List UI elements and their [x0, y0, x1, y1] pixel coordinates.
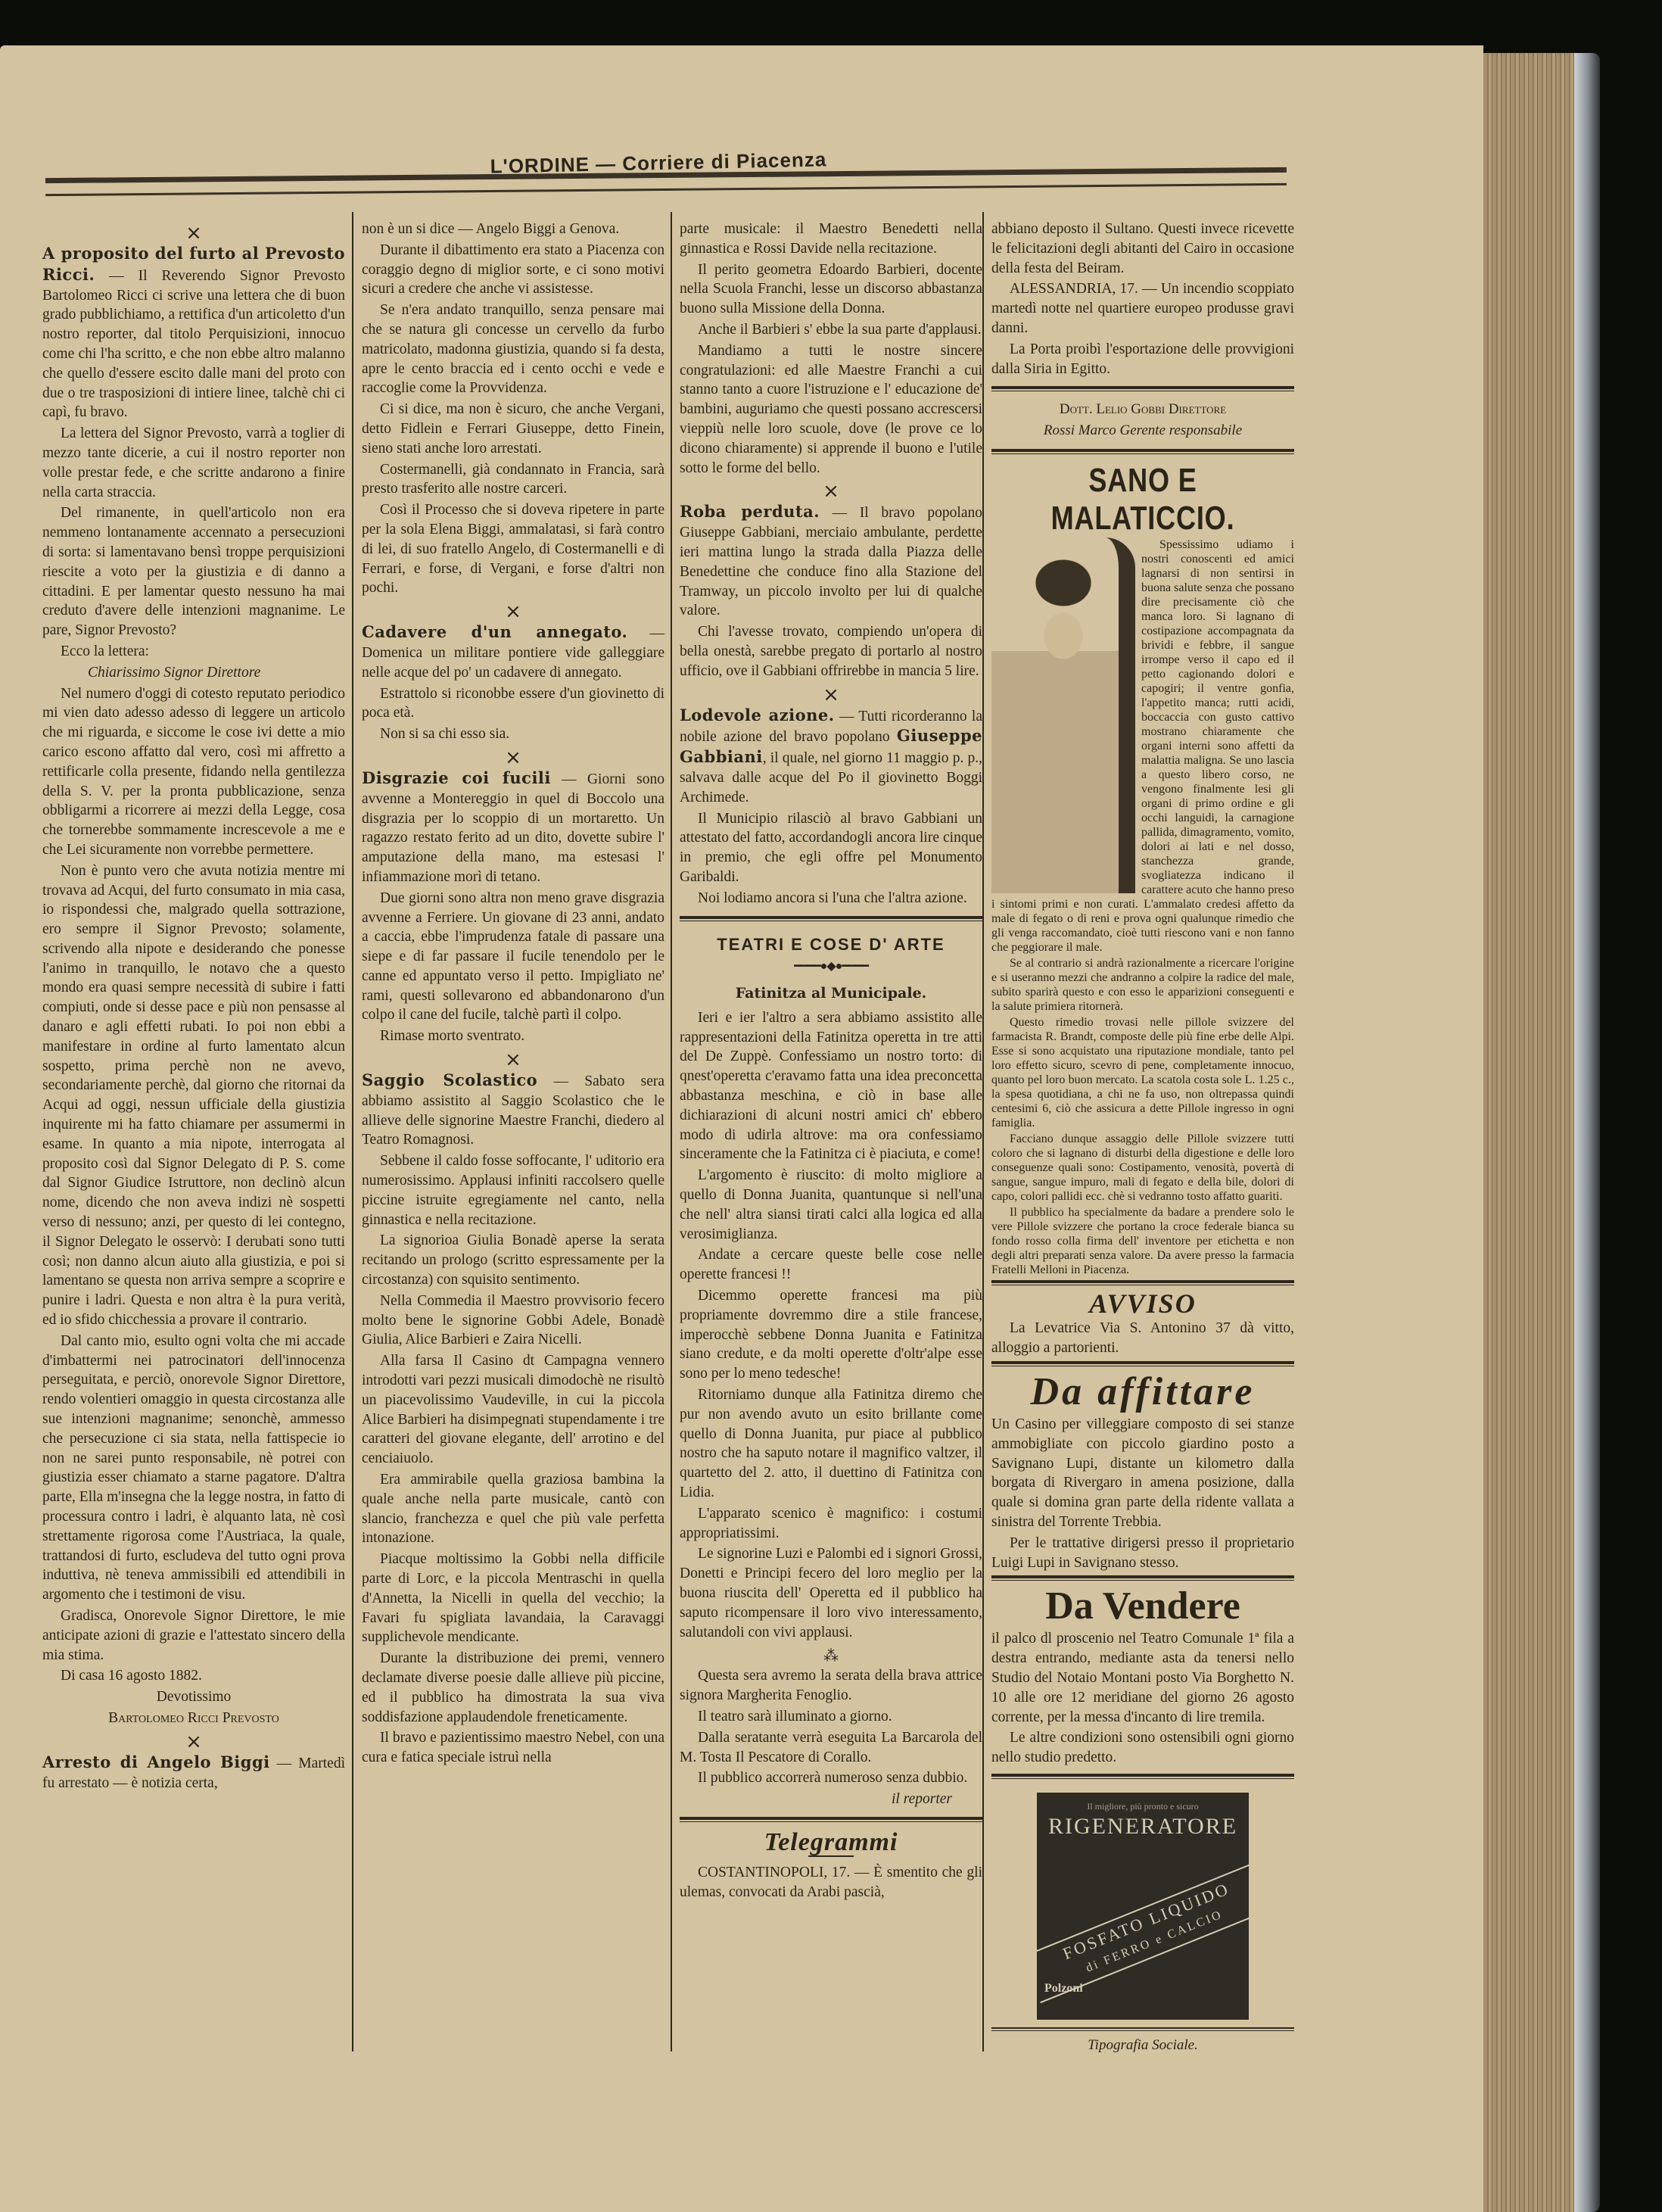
section-rule — [991, 2027, 1294, 2031]
paragraph: Questa sera avremo la serata della brava… — [680, 1666, 982, 1706]
book-cover-edge — [1574, 53, 1600, 2212]
article-biggi: Arresto di Angelo Biggi — Martedì fu arr… — [42, 1752, 345, 1793]
paragraph: Un Casino per villeggiare composto di se… — [991, 1415, 1294, 1532]
column-divider — [352, 212, 353, 2052]
credit-director: Dott. Lelio Gobbi Direttore — [991, 399, 1294, 420]
headline: Lodevole azione. — [680, 706, 835, 724]
paragraph: Dicemmo operette francesi ma più propria… — [680, 1286, 982, 1384]
column-2: non è un si dice — Angelo Biggi a Genova… — [362, 220, 664, 1769]
headline: Saggio Scolastico — [362, 1070, 537, 1089]
paragraph: L'argomento è riuscito: di molto miglior… — [680, 1166, 982, 1244]
paragraph: Le altre condizioni sono ostensibili ogn… — [991, 1728, 1294, 1768]
ad-title-sano: SANO E MALATICCIO. — [1019, 462, 1267, 537]
ad-title-affittare: Da affittare — [991, 1369, 1294, 1415]
letter-salutation: Chiarissimo Signor Direttore — [42, 663, 345, 683]
headline: Disgrazie coi fucili — [362, 768, 551, 787]
woman-child-illustration-icon — [991, 537, 1135, 893]
ornament-divider: ━━━━●◆●━━━━ — [680, 957, 982, 977]
article-fucili: Disgrazie coi fucili — Giorni sono avven… — [362, 768, 664, 887]
paragraph: Andate a cercare queste belle cose nelle… — [680, 1245, 982, 1285]
paragraph: Facciano dunque assaggio delle Pillole s… — [991, 1132, 1294, 1204]
section-rule — [991, 449, 1294, 454]
section-rule — [991, 1361, 1294, 1366]
paragraph: Era ammirabile quella graziosa bambina l… — [362, 1470, 664, 1548]
paragraph: Nel numero d'oggi di cotesto reputato pe… — [42, 684, 345, 860]
paragraph: Mandiamo a tutti le nostre sincere congr… — [680, 341, 982, 478]
paragraph: Noi lodiamo ancora si l'una che l'altra … — [680, 889, 982, 908]
article-roba-perduta: Roba perduta. — Il bravo popolano Giusep… — [680, 502, 982, 621]
article-separator: × — [362, 601, 664, 622]
paragraph: Ci si dice, ma non è sicuro, che anche V… — [362, 400, 664, 458]
headline: Arresto di Angelo Biggi — [42, 1752, 270, 1771]
paragraph: non è un si dice — Angelo Biggi a Genova… — [362, 220, 664, 239]
ad-title-avviso: AVVISO — [991, 1288, 1294, 1319]
paragraph: Ritorniamo dunque alla Fatinitza diremo … — [680, 1385, 982, 1503]
column-1: × A proposito del furto al Prevosto Ricc… — [42, 220, 345, 1794]
paragraph: La lettera del Signor Prevosto, varrà a … — [42, 424, 345, 502]
paragraph: L'apparato scenico è magnifico: i costum… — [680, 1504, 982, 1544]
article-separator: × — [362, 1049, 664, 1070]
article-annegato: Cadavere d'un annegato. — Domenica un mi… — [362, 622, 664, 682]
column-3: parte musicale: il Maestro Benedetti nel… — [680, 220, 982, 1903]
paragraph: Sebbene il caldo fosse soffocante, l' ud… — [362, 1151, 664, 1229]
ad-rigeneratore-title: RIGENERATORE — [1037, 1817, 1249, 1837]
paragraph: La Porta proibì l'esportazione delle pro… — [991, 340, 1294, 379]
subsection-title: Fatinitza al Municipale. — [680, 984, 982, 1004]
section-rule — [991, 386, 1294, 391]
paragraph: La Levatrice Via S. Antonino 37 dà vitto… — [991, 1319, 1294, 1358]
article-separator: × — [42, 1731, 345, 1752]
paragraph: Piacque moltissimo la Gobbi nella diffic… — [362, 1550, 664, 1647]
ad-sano-malaticcio: Spessissimo udiamo i nostri conoscenti e… — [991, 537, 1294, 1277]
paragraph: Del rimanente, in quell'articolo non era… — [42, 503, 345, 640]
paragraph: Il teatro sarà illuminato a giorno. — [680, 1707, 982, 1727]
section-rule — [680, 1817, 982, 1822]
column-4: abbiano deposto il Sultano. Questi invec… — [991, 220, 1294, 2055]
paragraph: Ieri e ier l'altro a sera abbiamo assist… — [680, 1008, 982, 1164]
paragraph: Non è punto vero che avuta notizia mentr… — [42, 861, 345, 1330]
letter-closing: Devotissimo — [42, 1687, 345, 1707]
paragraph: La signorioa Giulia Bonadè aperse la ser… — [362, 1231, 664, 1289]
paragraph: Il pubblico accorrerà numeroso senza dub… — [680, 1768, 982, 1788]
paragraph: Due giorni sono altra non meno grave dis… — [362, 889, 664, 1026]
paragraph: Alla farsa Il Casino dt Campagna vennero… — [362, 1351, 664, 1469]
byline: il reporter — [680, 1790, 982, 1809]
article-ricci: A proposito del furto al Prevosto Ricci.… — [42, 244, 345, 422]
section-rule — [991, 1280, 1294, 1285]
paragraph: Se n'era andato tranquillo, senza pensar… — [362, 301, 664, 398]
paragraph: Costermanelli, già condannato in Francia… — [362, 460, 664, 500]
column-divider — [671, 212, 672, 2052]
paragraph: Se al contrario si andrà razionalmente a… — [991, 956, 1294, 1014]
paragraph: Il bravo e pazientissimo maestro Nebel, … — [362, 1728, 664, 1768]
paragraph: Questo rimedio trovasi nelle pillole svi… — [991, 1015, 1294, 1130]
section-title-theatre: TEATRI E COSE D' ARTE — [680, 935, 982, 955]
paragraph: Il pubblico ha specialmente da badare a … — [991, 1205, 1294, 1277]
article-separator: × — [42, 223, 345, 244]
ad-title-vendere: Da Vendere — [991, 1584, 1294, 1629]
paragraph: Così il Processo che si doveva ripetere … — [362, 500, 664, 598]
asterism-icon: ⁂ — [680, 1645, 982, 1666]
paragraph: abbiano deposto il Sultano. Questi invec… — [991, 220, 1294, 278]
article-saggio: Saggio Scolastico — Sabato sera abbiamo … — [362, 1070, 664, 1150]
paragraph: Dal canto mio, esulto ogni volta che mi … — [42, 1332, 345, 1605]
paragraph: Il Municipio rilasciò al bravo Gabbiani … — [680, 809, 982, 887]
paragraph: Dalla seratante verrà eseguita La Barcar… — [680, 1728, 982, 1768]
paragraph: COSTANTINOPOLI, 17. — È smentito che gli… — [680, 1863, 982, 1902]
paragraph: Rimase morto sventrato. — [362, 1027, 664, 1046]
paragraph: Chi l'avesse trovato, compiendo un'opera… — [680, 622, 982, 681]
paragraph: Estrattolo si riconobbe essere d'un giov… — [362, 684, 664, 724]
paragraph: Nella Commedia il Maestro provvisorio fe… — [362, 1291, 664, 1350]
letter-signature: Bartolomeo Ricci Prevosto — [42, 1709, 345, 1728]
paragraph: Gradisca, Onorevole Signor Direttore, le… — [42, 1606, 345, 1665]
article-separator: × — [362, 747, 664, 768]
credit-manager: Rossi Marco Gerente responsabile — [991, 420, 1294, 441]
printer-footer: Tipografia Sociale. — [991, 2036, 1294, 2055]
article-separator: × — [680, 481, 982, 502]
article-lodevole: Lodevole azione. — Tutti ricorderanno la… — [680, 706, 982, 808]
book-page-edges — [1483, 53, 1574, 2212]
paragraph: Il perito geometra Edoardo Barbieri, doc… — [680, 260, 982, 319]
paragraph: Anche il Barbieri s' ebbe la sua parte d… — [680, 320, 982, 340]
paragraph: parte musicale: il Maestro Benedetti nel… — [680, 220, 982, 259]
article-separator: × — [680, 684, 982, 706]
section-title-telegrams: Telegrammi — [680, 1833, 982, 1852]
section-rule — [991, 1774, 1294, 1779]
paragraph: Durante la distribuzione dei premi, venn… — [362, 1649, 664, 1727]
paragraph: Le signorine Luzi e Palombi ed i signori… — [680, 1544, 982, 1642]
paragraph: Ecco la lettera: — [42, 642, 345, 662]
paragraph: il palco dl proscenio nel Teatro Comunal… — [991, 1629, 1294, 1727]
headline: Cadavere d'un annegato. — [362, 622, 627, 641]
paragraph: Per le trattative dirigersi presso il pr… — [991, 1534, 1294, 1573]
paragraph: Non si sa chi esso sia. — [362, 724, 664, 744]
letter-date: Di casa 16 agosto 1882. — [42, 1666, 345, 1686]
ad-rigeneratore: Il migliore, più pronto e sicuro RIGENER… — [1037, 1793, 1249, 2020]
paragraph: ALESSANDRIA, 17. — Un incendio scoppiato… — [991, 279, 1294, 338]
section-rule — [991, 1575, 1294, 1581]
section-rule — [680, 916, 982, 921]
column-divider — [982, 212, 984, 2052]
paragraph: Durante il dibattimento era stato a Piac… — [362, 241, 664, 299]
headline: Roba perduta. — [680, 502, 820, 521]
